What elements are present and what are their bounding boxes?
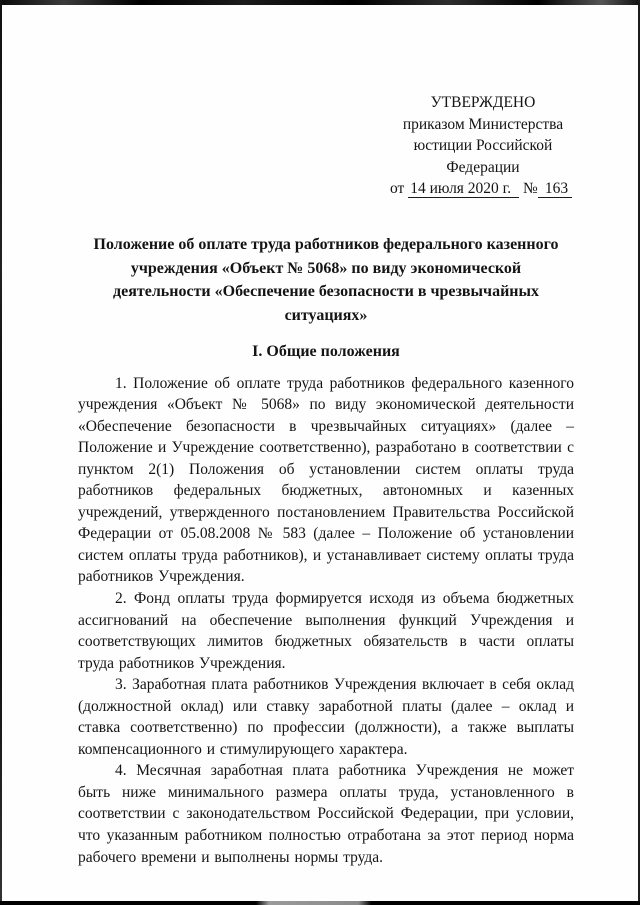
document-content: Положение об оплате труда работников фед… (0, 0, 640, 905)
paragraph-1: 1. Положение об оплате труда работников … (78, 373, 574, 588)
paragraph-4: 4. Месячная заработная плата работника У… (78, 760, 574, 868)
paragraph-3: 3. Заработная плата работников Учреждени… (78, 674, 574, 760)
section-heading-general-provisions: I. Общие положения (78, 340, 574, 364)
document-title: Положение об оплате труда работников фед… (78, 233, 574, 327)
paragraph-2: 2. Фонд оплаты труда формируется исходя … (78, 588, 574, 674)
document-page: УТВЕРЖДЕНО приказом Министерства юстиции… (0, 0, 640, 905)
